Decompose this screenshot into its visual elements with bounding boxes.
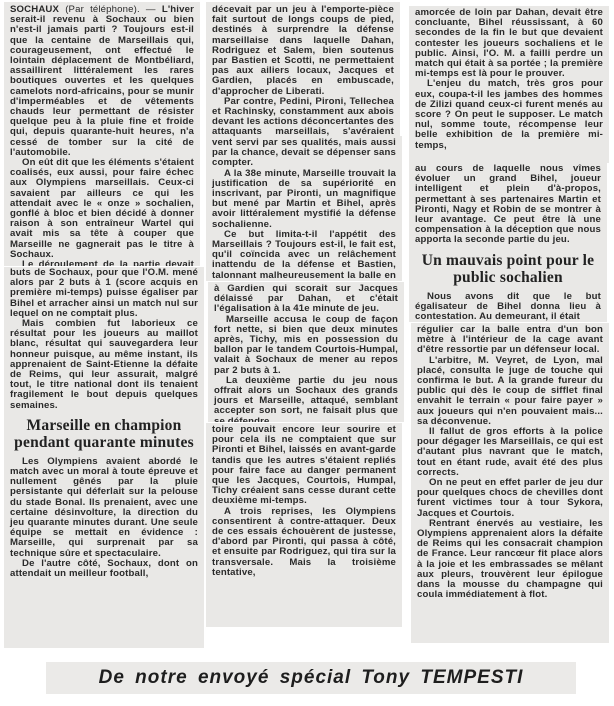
subheading-marseille-champion: Marseille en champion pendant quarante m… bbox=[10, 417, 198, 451]
paragraph: buts de Sochaux, pour que l'O.M. mené al… bbox=[10, 268, 198, 319]
paragraph: La deuxième partie du jeu nous offrait a… bbox=[214, 376, 398, 422]
column-2-part-c: à Gardien qui scorait sur Jacques délais… bbox=[208, 282, 404, 422]
paragraph: au cours de laquelle nous vîmes évoluer … bbox=[415, 164, 601, 246]
paragraph: Il fallut de gros efforts à la police po… bbox=[417, 427, 603, 478]
column-3-part-a: amorcée de loin par Dahan, devait être c… bbox=[409, 6, 609, 163]
paragraph: A la 38e minute, Marseille trouvait la j… bbox=[212, 169, 396, 230]
paragraph: Nous avons dit que le but égalisateur de… bbox=[415, 292, 601, 322]
paragraph-text: L'hiver serait-il revenu à Sochaux ou bi… bbox=[10, 4, 194, 158]
paragraph: régulier car la balle entra d'un bon mèt… bbox=[417, 325, 603, 356]
subheading-mauvais-point: Un mauvais point pour le public sochalie… bbox=[415, 252, 601, 286]
paragraph: Par contre, Pedini, Pironi, Tellechea et… bbox=[212, 97, 394, 137]
column-3-part-c: régulier car la balle entra d'un bon mèt… bbox=[411, 323, 609, 643]
paragraph: L'arbitre, M. Veyret, de Lyon, mal placé… bbox=[417, 356, 603, 427]
paragraph: L'enjeu du match, très gros pour eux, co… bbox=[415, 79, 603, 150]
paragraph: A trois reprises, les Olympiens consenti… bbox=[212, 507, 396, 578]
paragraph: Le déroulement de la partie devait confi… bbox=[10, 260, 194, 266]
paragraph: vent servi par ses qualités, mais aussi … bbox=[212, 138, 396, 169]
lead-paragraph: SOCHAUX (Par téléphone). — L'hiver serai… bbox=[10, 5, 194, 158]
column-1-bottom: buts de Sochaux, pour que l'O.M. mené al… bbox=[4, 267, 204, 648]
paragraph: décevait par un jeu à l'emporte-pièce fa… bbox=[212, 5, 394, 97]
paragraph: Rentrant énervés au vestiaire, les Olymp… bbox=[417, 519, 603, 601]
newspaper-clipping: SOCHAUX (Par téléphone). — L'hiver serai… bbox=[0, 0, 614, 706]
paragraph: Mais combien fut laborieux ce résultat p… bbox=[10, 319, 198, 411]
paragraph: amorcée de loin par Dahan, devait être c… bbox=[415, 8, 603, 79]
column-2-part-d: toire pouvait encore leur sourire et pou… bbox=[206, 423, 402, 627]
column-2-part-b: vent servi par ses qualités, mais aussi … bbox=[206, 136, 402, 281]
paragraph: Les Olympiens avaient abordé le match av… bbox=[10, 457, 198, 559]
column-1-top: SOCHAUX (Par téléphone). — L'hiver serai… bbox=[4, 2, 200, 266]
byline-banner: De notre envoyé spécial Tony TEMPESTI bbox=[46, 662, 576, 694]
paragraph: Ce but limita-t-il l'appétit des Marseil… bbox=[212, 230, 396, 281]
column-3-part-b: au cours de laquelle nous vîmes évoluer … bbox=[409, 162, 607, 322]
column-2-part-a: décevait par un jeu à l'emporte-pièce fa… bbox=[206, 2, 400, 137]
paragraph: On eût dit que les éléments s'étaient co… bbox=[10, 158, 194, 260]
byline: De notre envoyé spécial Tony TEMPESTI bbox=[99, 667, 524, 689]
paragraph: De l'autre côté, Sochaux, dont on attend… bbox=[10, 559, 198, 579]
paragraph: à Gardien qui scorait sur Jacques délais… bbox=[214, 284, 398, 315]
paragraph: Marseille accusa le coup de façon fort n… bbox=[214, 315, 398, 376]
paragraph: On ne peut en effet parler de jeu dur po… bbox=[417, 478, 603, 519]
paragraph: toire pouvait encore leur sourire et pou… bbox=[212, 425, 396, 507]
